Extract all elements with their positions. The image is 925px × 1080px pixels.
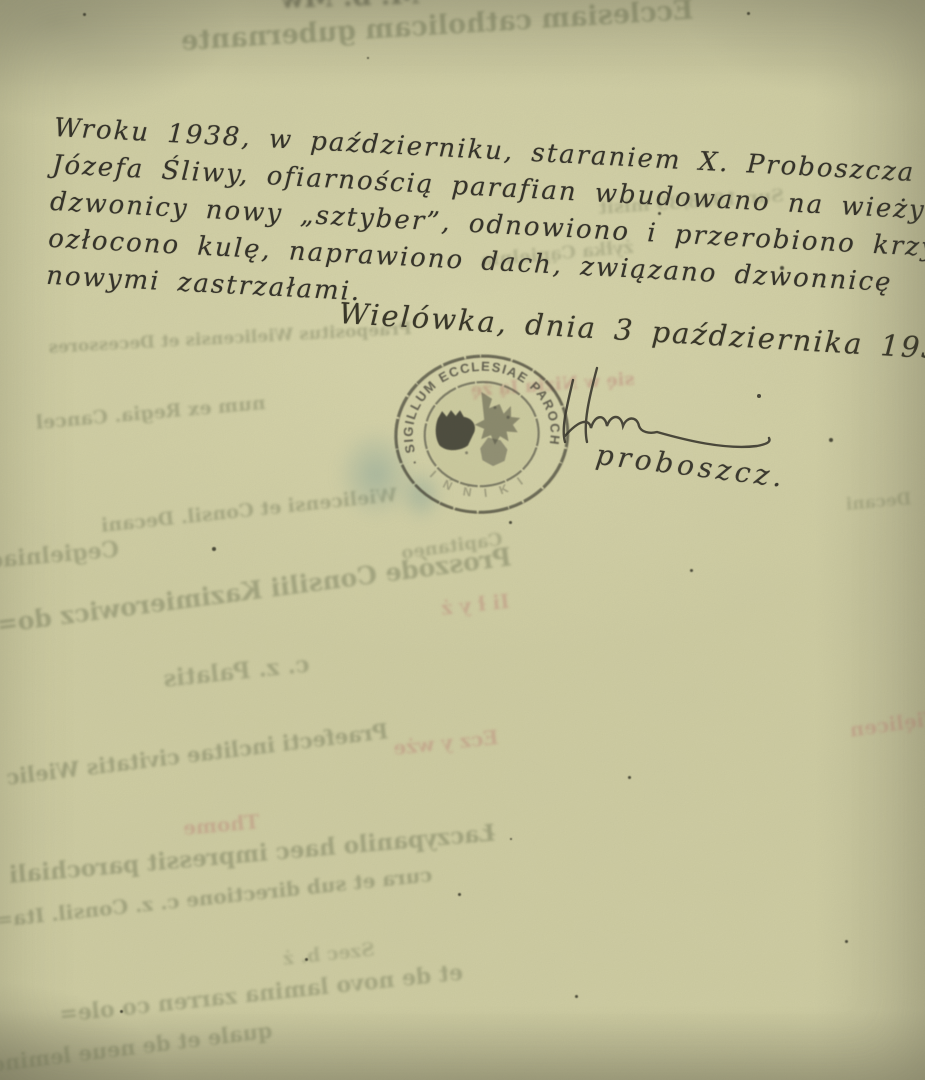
ink-speck <box>747 12 750 15</box>
ink-speck <box>458 893 461 896</box>
document-photo: M. b. MwEcclesiam catholicam gubernanteS… <box>0 0 925 1080</box>
ink-speck <box>575 995 578 998</box>
bleedthrough-line: Praefecti inclitae civitatis Wielic <box>5 718 390 790</box>
bleedthrough-line: Decani <box>845 489 912 515</box>
ink-speck <box>509 521 512 524</box>
ink-speck <box>845 940 848 943</box>
ink-speck <box>829 438 833 442</box>
bleedthrough-line: Cegielniae <box>0 537 120 574</box>
bleedthrough-line: Szec b. ż <box>282 938 376 970</box>
ink-speck <box>628 776 631 779</box>
bleedthrough-line: Thome <box>182 809 260 840</box>
bleedthrough-line: Ecz y wże <box>392 725 500 760</box>
ink-speck <box>510 838 512 840</box>
ink-speck <box>120 1010 123 1013</box>
bleedthrough-line: Ii ł y ż <box>440 589 511 620</box>
ink-speck <box>780 266 784 270</box>
bleedthrough-line: num ex Regia. Cancel <box>35 392 266 434</box>
ink-speck <box>305 958 308 961</box>
bleedthrough-line: c. z. Palatis <box>162 651 311 693</box>
ink-speck <box>690 569 693 572</box>
bleedthrough-line: Ecclesiam catholicam gubernante <box>180 0 694 57</box>
ink-speck <box>658 212 661 215</box>
bleedthrough-line: Więlicen <box>848 704 925 741</box>
ink-speck <box>83 13 86 16</box>
bleedthrough-line: quale et de neue lemine <box>0 1018 274 1077</box>
ink-speck <box>212 547 216 551</box>
ink-speck <box>367 57 369 59</box>
